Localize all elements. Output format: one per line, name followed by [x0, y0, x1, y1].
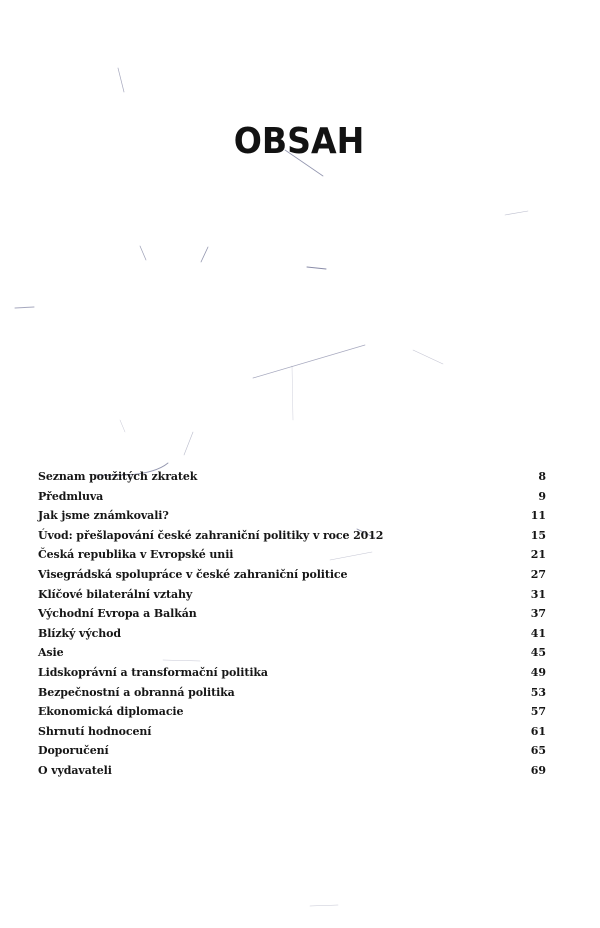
toc-entry[interactable]: Visegrádská spolupráce v české zahraničn…: [38, 568, 546, 588]
document-page: OBSAH Seznam použitých zkratek 8 Předmlu…: [0, 0, 600, 928]
toc-entry-label: Blízký východ: [38, 627, 121, 640]
toc-entry-label: Doporučení: [38, 744, 109, 757]
toc-entry-page-number: 45: [522, 646, 546, 659]
toc-entry[interactable]: O vydavateli 69: [38, 764, 546, 784]
toc-entry-label: Lidskoprávní a transformační politika: [38, 666, 268, 679]
toc-entry[interactable]: Blízký východ 41: [38, 627, 546, 647]
toc-entry-page-number: 8: [522, 470, 546, 483]
toc-entry-label: Východní Evropa a Balkán: [38, 607, 197, 620]
toc-entry-page-number: 31: [522, 588, 546, 601]
toc-entry-page-number: 61: [522, 725, 546, 738]
toc-entry-page-number: 49: [522, 666, 546, 679]
toc-entry[interactable]: Ekonomická diplomacie 57: [38, 705, 546, 725]
toc-entry-page-number: 41: [522, 627, 546, 640]
toc-entry-page-number: 27: [522, 568, 546, 581]
page-title: OBSAH: [23, 120, 575, 164]
toc-entry-label: Klíčové bilaterální vztahy: [38, 588, 192, 601]
toc-entry-label: Seznam použitých zkratek: [38, 470, 197, 483]
toc-entry-page-number: 11: [522, 509, 546, 522]
toc-entry-label: Shrnutí hodnocení: [38, 725, 151, 738]
toc-entry[interactable]: Úvod: přešlapování české zahraniční poli…: [38, 529, 546, 549]
toc-entry[interactable]: Lidskoprávní a transformační politika 49: [38, 666, 546, 686]
toc-entry[interactable]: Asie 45: [38, 646, 546, 666]
toc-entry[interactable]: Jak jsme známkovali? 11: [38, 509, 546, 529]
toc-entry[interactable]: Východní Evropa a Balkán 37: [38, 607, 546, 627]
toc-entry-label: Ekonomická diplomacie: [38, 705, 183, 718]
toc-entry[interactable]: Bezpečnostní a obranná politika 53: [38, 686, 546, 706]
table-of-contents: Seznam použitých zkratek 8 Předmluva 9 J…: [38, 470, 546, 784]
toc-entry-label: Asie: [38, 646, 64, 659]
toc-entry-page-number: 37: [522, 607, 546, 620]
toc-entry-page-number: 65: [522, 744, 546, 757]
toc-entry[interactable]: Klíčové bilaterální vztahy 31: [38, 588, 546, 608]
toc-entry-page-number: 57: [522, 705, 546, 718]
toc-entry-page-number: 53: [522, 686, 546, 699]
toc-entry-page-number: 15: [522, 529, 546, 542]
toc-entry[interactable]: Shrnutí hodnocení 61: [38, 725, 546, 745]
toc-entry-label: Úvod: přešlapování české zahraniční poli…: [38, 529, 383, 542]
toc-entry-label: Jak jsme známkovali?: [38, 509, 169, 522]
toc-entry-page-number: 21: [522, 548, 546, 561]
toc-entry[interactable]: Doporučení 65: [38, 744, 546, 764]
toc-entry-label: O vydavateli: [38, 764, 112, 777]
toc-entry-label: Visegrádská spolupráce v české zahraničn…: [38, 568, 347, 581]
toc-entry-page-number: 69: [522, 764, 546, 777]
toc-entry-label: Bezpečnostní a obranná politika: [38, 686, 235, 699]
toc-entry-page-number: 9: [522, 490, 546, 503]
toc-entry[interactable]: Předmluva 9: [38, 490, 546, 510]
toc-entry[interactable]: Seznam použitých zkratek 8: [38, 470, 546, 490]
toc-entry[interactable]: Česká republika v Evropské unii 21: [38, 548, 546, 568]
toc-entry-label: Předmluva: [38, 490, 103, 503]
toc-entry-label: Česká republika v Evropské unii: [38, 548, 233, 561]
